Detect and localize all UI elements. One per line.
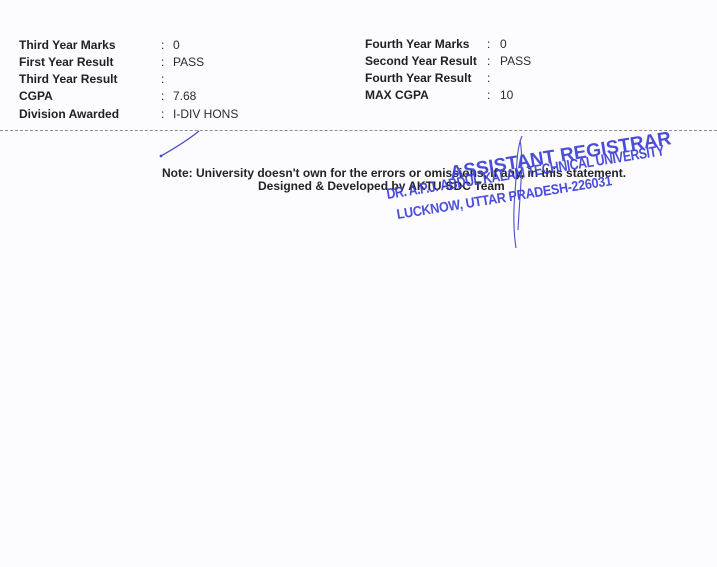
signature-icon — [0, 0, 717, 567]
